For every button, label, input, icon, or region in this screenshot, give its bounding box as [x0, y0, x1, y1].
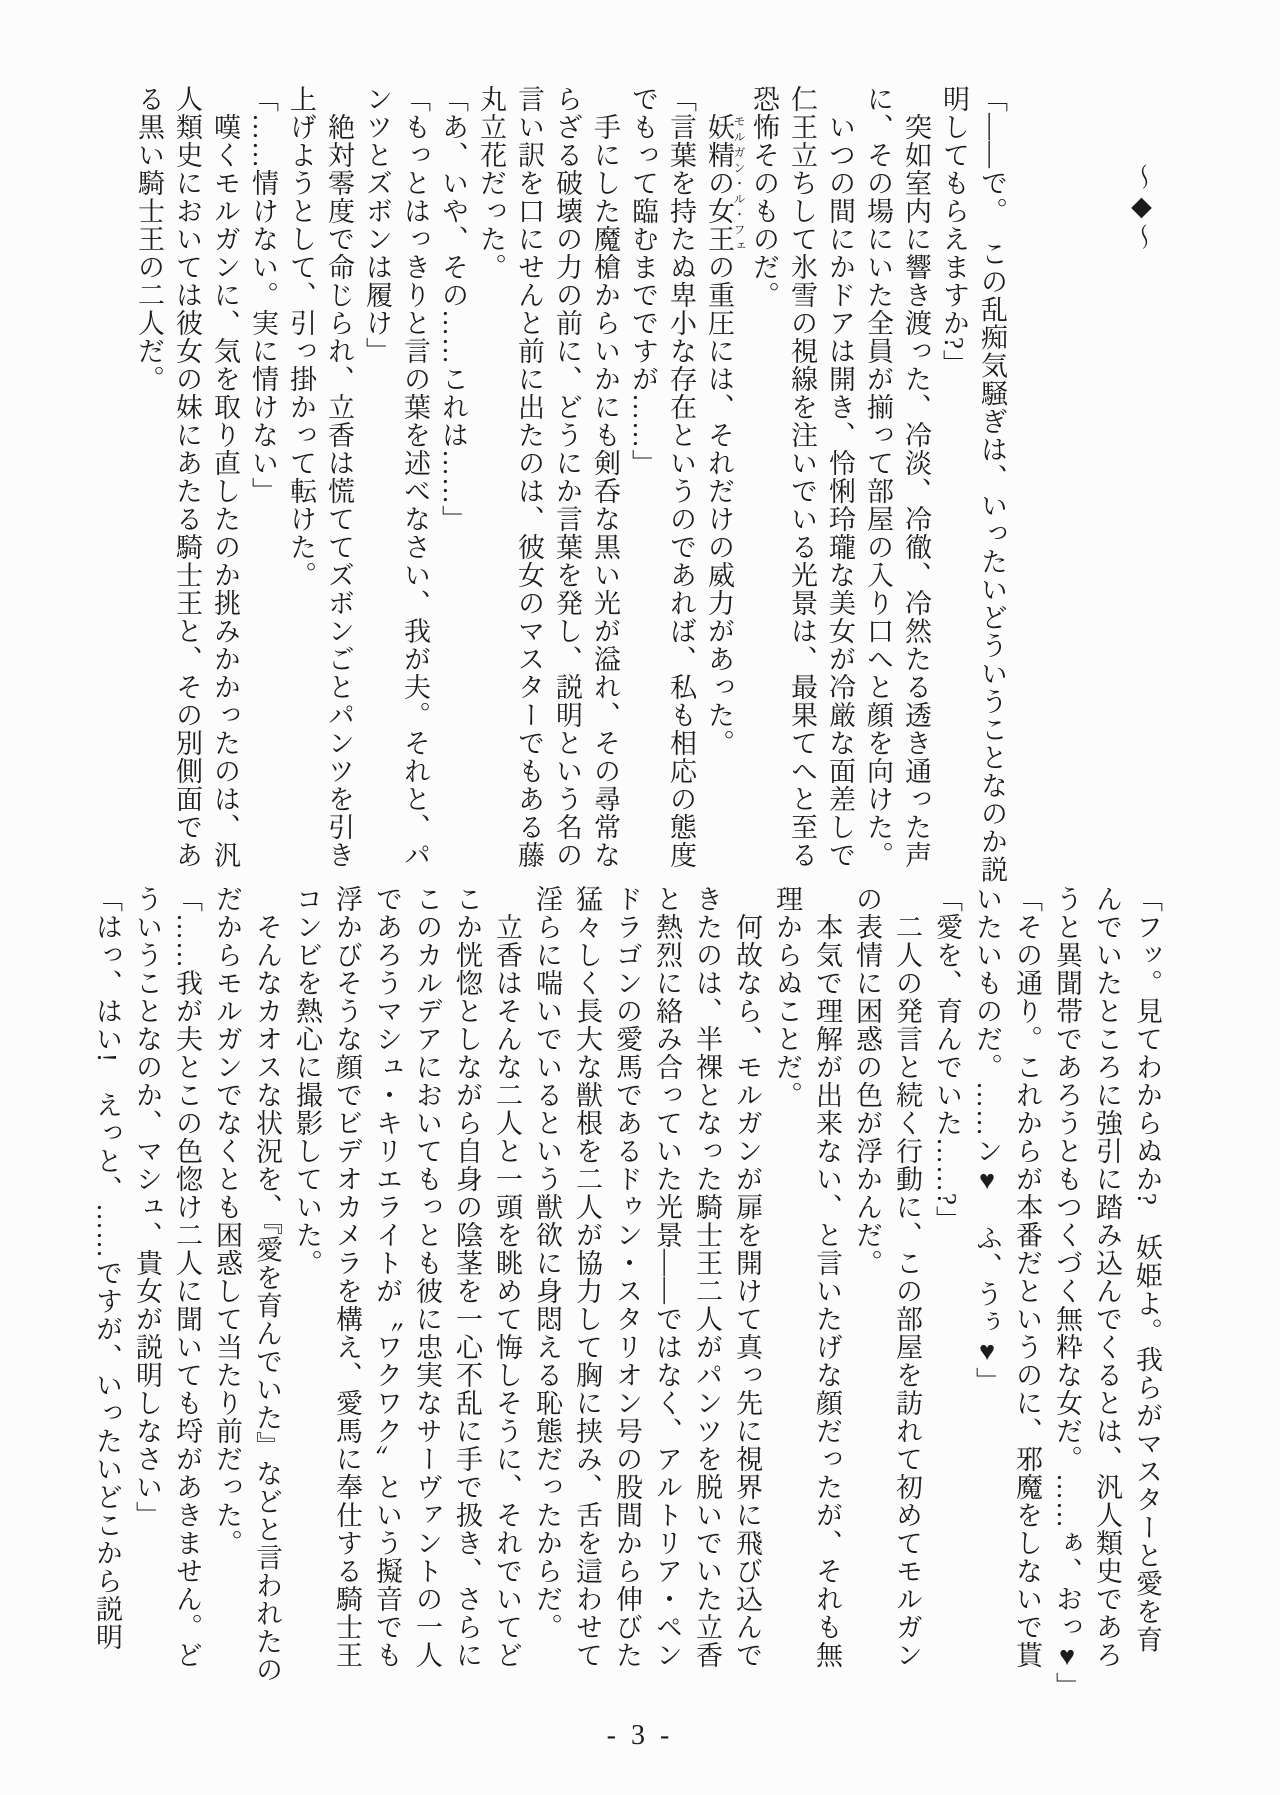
- text-line: 恐怖そのものだ。: [745, 85, 783, 910]
- text-line: んでいたところに強引に踏み込んでくるとは、汎人類史であろ: [1087, 885, 1127, 1715]
- text-line: に、その場にいた全員が揃って部屋の入り口へと顔を向けた。: [859, 85, 897, 910]
- text-line: 嘆くモルガンに、気を取り直したのか挑みかかったのは、汎: [206, 85, 244, 910]
- text-line: であろうマシュ・キリエライトが〝ワクワク〟という擬音でも: [367, 885, 407, 1715]
- text-line: 「もっとはっきりと言の葉を述べなさい、我が夫。それと、パ: [396, 85, 434, 910]
- text-line: きたのは、半裸となった騎士王二人がパンツを脱いでいた立香: [687, 885, 727, 1715]
- text-line: このカルデアにおいてもっとも彼に忠実なサーヴァントの一人: [407, 885, 447, 1715]
- text-line: 淫らに喘いでいるという獣欲に身悶える恥態だったからだ。: [527, 885, 567, 1715]
- text-line: ンツとズボンは履け」: [358, 85, 396, 910]
- text-line: 猛々しく長大な獣根を二人が協力して胸に挟み、舌を這わせて: [567, 885, 607, 1715]
- text-line: こか恍惚としながら自身の陰茎を一心不乱に手で扱き、さらに: [447, 885, 487, 1715]
- text-line: る黒い騎士王の二人だ。: [130, 85, 168, 910]
- page-number: - 3 -: [0, 1720, 1280, 1752]
- text-line: 「愛を、育んでいた……?」: [927, 885, 967, 1715]
- text-line: 本気で理解が出来ない、と言いたげな顔だったが、それも無: [807, 885, 847, 1715]
- text-line: の表情に困惑の色が浮かんだ。: [847, 885, 887, 1715]
- text-line: らざる破壊の力の前に、どうにか言葉を発し、説明という名の: [548, 85, 586, 910]
- text-line: と熱烈に絡み合っていた光景――ではなく、アルトリア・ペン: [647, 885, 687, 1715]
- text-line: 浮かびそうな顔でビデオカメラを構え、愛馬に奉仕する騎士王: [327, 885, 367, 1715]
- text-line: 上げようとして、引っ掛かって転けた。: [282, 85, 320, 910]
- text-line: 理からぬことだ。: [767, 885, 807, 1715]
- text-line: 「――で。 この乱痴気騒ぎは、いったいどういうことなのか説: [973, 85, 1011, 910]
- text-line: そんなカオスな状況を、『愛を育んでいた』などと言われたの: [247, 885, 287, 1715]
- text-line: 言い訳を口にせんと前に出たのは、彼女のマスターでもある藤: [510, 85, 548, 910]
- text-line: コンビを熱心に撮影していた。: [287, 885, 327, 1715]
- text-line: だからモルガンでなくとも困惑して当たり前だった。: [207, 885, 247, 1715]
- text-line: 「フッ。見てわからぬか? 妖姫よ。我らがマスターと愛を育: [1127, 885, 1167, 1715]
- text-line: ドラゴンの愛馬であるドゥン・スタリオン号の股間から伸びた: [607, 885, 647, 1715]
- text-line: 「はっ、はい! えっと、……ですが、いったいどこから説明: [87, 885, 127, 1715]
- text-line: 「その通り。これからが本番だというのに、邪魔をしないで貰: [1007, 885, 1047, 1715]
- text-line: 絶対零度で命じられ、立香は慌ててズボンごとパンツを引き: [320, 85, 358, 910]
- ruby-annotated-text: 妖精の女王モルガン・ル・フェ: [704, 113, 734, 253]
- text-line: ういうことなのか、マシュ、貴女が説明しなさい」: [127, 885, 167, 1715]
- text-line: 妖精の女王モルガン・ル・フェの重圧には、それだけの威力があった。: [700, 85, 745, 910]
- text-line: 「あ、いや、その……これは……」: [434, 85, 472, 910]
- text-line: うと異聞帯であろうともつくづく無粋な女だ。……ぁ、おっ♥」: [1047, 885, 1087, 1715]
- bottom-text-block: 「フッ。見てわからぬか? 妖姫よ。我らがマスターと愛を育んでいたところに強引に踏…: [87, 885, 1167, 1715]
- text-line: 仁王立ちして氷雪の視線を注いでいる光景は、最果てへと至る: [783, 85, 821, 910]
- text-line: 丸立花だった。: [472, 85, 510, 910]
- text-line: 突如室内に響き渡った、冷淡、冷徹、冷然たる透き通った声: [897, 85, 935, 910]
- text-line: 「……我が夫とこの色惚け二人に聞いても埒があきません。ど: [167, 885, 207, 1715]
- top-text-block: ～◆～ 「――で。 この乱痴気騒ぎは、いったいどういうことなのか説明してもらえま…: [130, 85, 1161, 910]
- text-line: 手にした魔槍からいかにも剣呑な黒い光が溢れ、その尋常な: [586, 85, 624, 910]
- text-line: いつの間にかドアは開き、怜悧玲瓏な美女が冷厳な面差しで: [821, 85, 859, 910]
- text-line: 二人の発言と続く行動に、この部屋を訪れて初めてモルガン: [887, 885, 927, 1715]
- text-line: 立香はそんな二人と一頭を眺めて悔しそうに、それでいてど: [487, 885, 527, 1715]
- text-line: 人類史においては彼女の妹にあたる騎士王と、その別側面であ: [168, 85, 206, 910]
- text-line: いたいものだ。……ン♥ ふ、うぅ♥」: [967, 885, 1007, 1715]
- text-line: 「言葉を持たぬ卑小な存在というのであれば、私も相応の態度: [662, 85, 700, 910]
- text-line: でもって臨むまでですが……」: [624, 85, 662, 910]
- section-divider: ～◆～: [1123, 85, 1161, 910]
- novel-page: ～◆～ 「――で。 この乱痴気騒ぎは、いったいどういうことなのか説明してもらえま…: [0, 0, 1280, 1795]
- text-line: 何故なら、モルガンが扉を開けて真っ先に視界に飛び込んで: [727, 885, 767, 1715]
- text-line: 「……情けない。実に情けない」: [244, 85, 282, 910]
- text-line: 明してもらえますか?」: [935, 85, 973, 910]
